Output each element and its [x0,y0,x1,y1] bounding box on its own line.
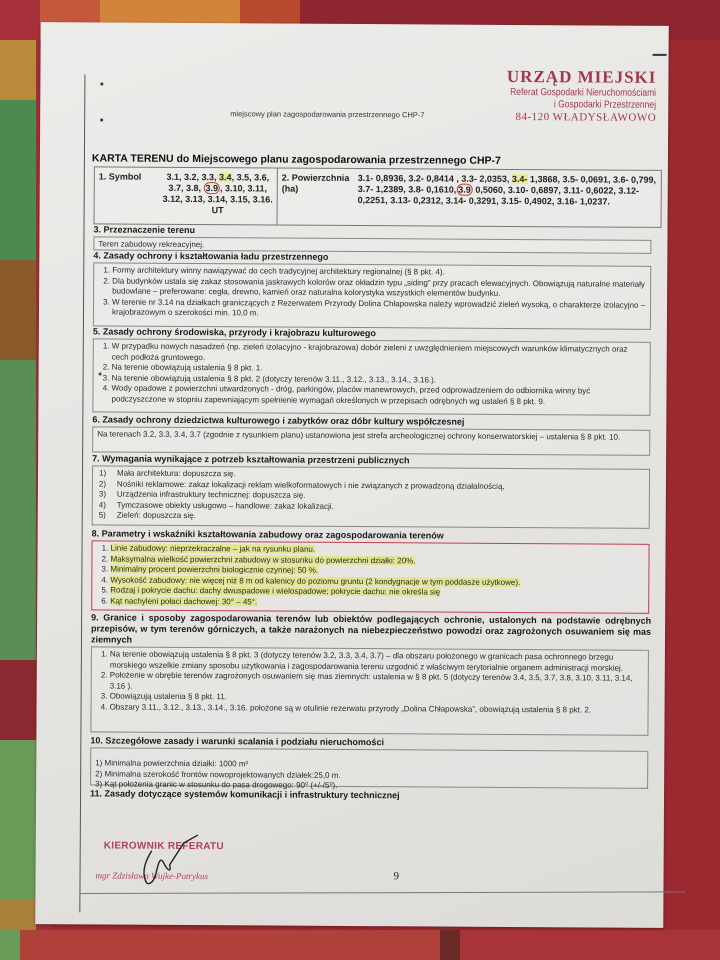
area-text: 3.1- 0,8936, 3.2- 0,8414 , 3.3- 2,0353, [358,173,512,184]
section10-title: 10. Szczegółowe zasady i warunki scalani… [90,735,384,747]
highlighted-area: 3.4- [512,174,528,184]
section-symbol-area: 1. Symbol 3.1, 3.2, 3.3, 3.4, 3.5, 3.6, … [94,166,662,227]
tablecloth-left-pattern [0,40,36,960]
page-number: 9 [394,870,400,882]
item-text: Nośniki reklamowe: zakaz lokalizacji rek… [117,479,505,490]
section8-item: Kąt nachyleni połaci dachowej: 30° – 45°… [110,596,644,610]
section4-box: Formy architektury winny nawiązywać do c… [93,262,651,329]
item-number: 4) [99,500,117,511]
area-values: 3.1- 0,8936, 3.2- 0,8414 , 3.3- 2,0353, … [356,169,661,227]
section6-text: Na terenach 3.2, 3.3, 3.4, 3.7 (zgodnie … [97,429,620,441]
highlighted-symbol: 3.4 [219,172,232,182]
section7-item: 5)Zieleń: dopuszcza się. [99,510,645,524]
item-number: 5) [99,510,117,521]
item-number: 1) [99,468,117,479]
section5-title: 5. Zasady ochrony środowiska, przyrody i… [93,326,376,338]
section5-box: W przypadku nowych nasadzeń (np. zieleń … [92,338,650,415]
section10-box: 1) Minimalna powierzchnia działki: 1000 … [90,747,648,788]
document-page: URZĄD MIEJSKI Referat Gospodarki Nieruch… [35,22,668,928]
stamp-department: Referat Gospodarki Nieruchomościami [510,87,656,100]
section7-box: 1)Mała architektura: dopuszcza się. 2)No… [92,465,650,528]
section4-item: W terenie nr 3.14 na działkach granicząc… [112,297,646,321]
section4-title: 4. Zasady ochrony i kształtowania ładu p… [93,250,328,261]
highlighted-text: Kąt nachyleni połaci dachowej: 30° – 45°… [110,596,257,606]
item-number: 3) [99,489,117,500]
section4-item: Dla budynków ustala się zakaz stosowania… [112,276,646,300]
section9-item: Obszary 3.11., 3.12., 3.13., 3.14., 3.16… [110,702,644,716]
circled-symbol: 3.9 [203,182,220,194]
stamp-department-2: i Gospodarki Przestrzennej [510,99,656,112]
symbol-label: 1. Symbol [95,167,159,223]
section3-title: 3. Przeznaczenie terenu [93,224,195,235]
section7-title: 7. Wymagania wynikające z potrzeb kształ… [92,453,409,465]
item-text: Tymczasowe obiekty usługowo – handlowe: … [117,500,334,510]
section8-box: Linie zabudowy: nieprzekraczalne – jak n… [91,540,649,613]
symbol-values: 3.1, 3.2, 3.3, 3.4, 3.5, 3.6, 3.7, 3.8, … [159,168,278,225]
section6-box: Na terenach 3.2, 3.3, 3.4, 3.7 (zgodnie … [92,426,650,455]
item-number: 2) [99,479,117,490]
highlighted-text: Linie zabudowy: nieprzekraczalne – jak n… [111,544,316,554]
handwritten-signature [127,833,207,893]
section8-title: 8. Parametry i wskaźniki kształtowania z… [92,528,444,540]
stamp-address: 84-120 WŁADYSŁAWOWO [484,111,656,124]
symbol-text: 3.1, 3.2, 3.3, [166,172,219,182]
highlighted-text: Rodzaj i pokrycie dachu: dachy dwuspadow… [110,586,440,597]
area-label: 2. Powierzchnia (ha) [278,169,356,225]
item-text: Urządzenia infrastruktury technicznej: d… [117,490,306,500]
tablecloth-bottom [0,930,720,960]
section9-title: 9. Granice i sposoby zagospodarowania te… [91,612,651,648]
punch-hole [100,118,103,121]
section11-title: 11. Zasady dotyczące systemów komunikacj… [90,788,400,800]
office-stamp: URZĄD MIEJSKI Referat Gospodarki Nieruch… [484,67,656,124]
item-text: Zieleń: dopuszcza się. [117,511,196,520]
highlighted-text: Maksymalna wielkość powierzchni zabudowy… [110,554,415,565]
section5-item: Wody opadowe z powierzchni utwardzonych … [111,384,645,408]
corner-mark [653,54,667,56]
circled-area: 3.9 [456,184,473,196]
highlighted-text: Minimalny procent powierzchni biologiczn… [110,565,318,575]
margin-rule [79,74,85,912]
highlighted-text: Wysokość zabudowy: nie więcej niż 8 m od… [110,575,520,587]
stamp-title: URZĄD MIEJSKI [485,67,657,88]
section3-text: Teren zabudowy rekreacyjnej. [98,239,204,249]
document-content: URZĄD MIEJSKI Referat Gospodarki Nieruch… [93,62,665,65]
punch-hole [100,82,103,85]
section9-box: Na terenie obowiązują ustalenia § 8 pkt.… [90,646,649,735]
card-title: KARTA TERENU do Miejscowego planu zagosp… [92,152,501,166]
section6-title: 6. Zasady ochrony dziedzictwa kulturoweg… [92,414,464,426]
plan-caption: miejscowy plan zagospodarowania przestrz… [230,109,424,119]
item-text: Mała architektura: dopuszcza się. [117,469,236,479]
